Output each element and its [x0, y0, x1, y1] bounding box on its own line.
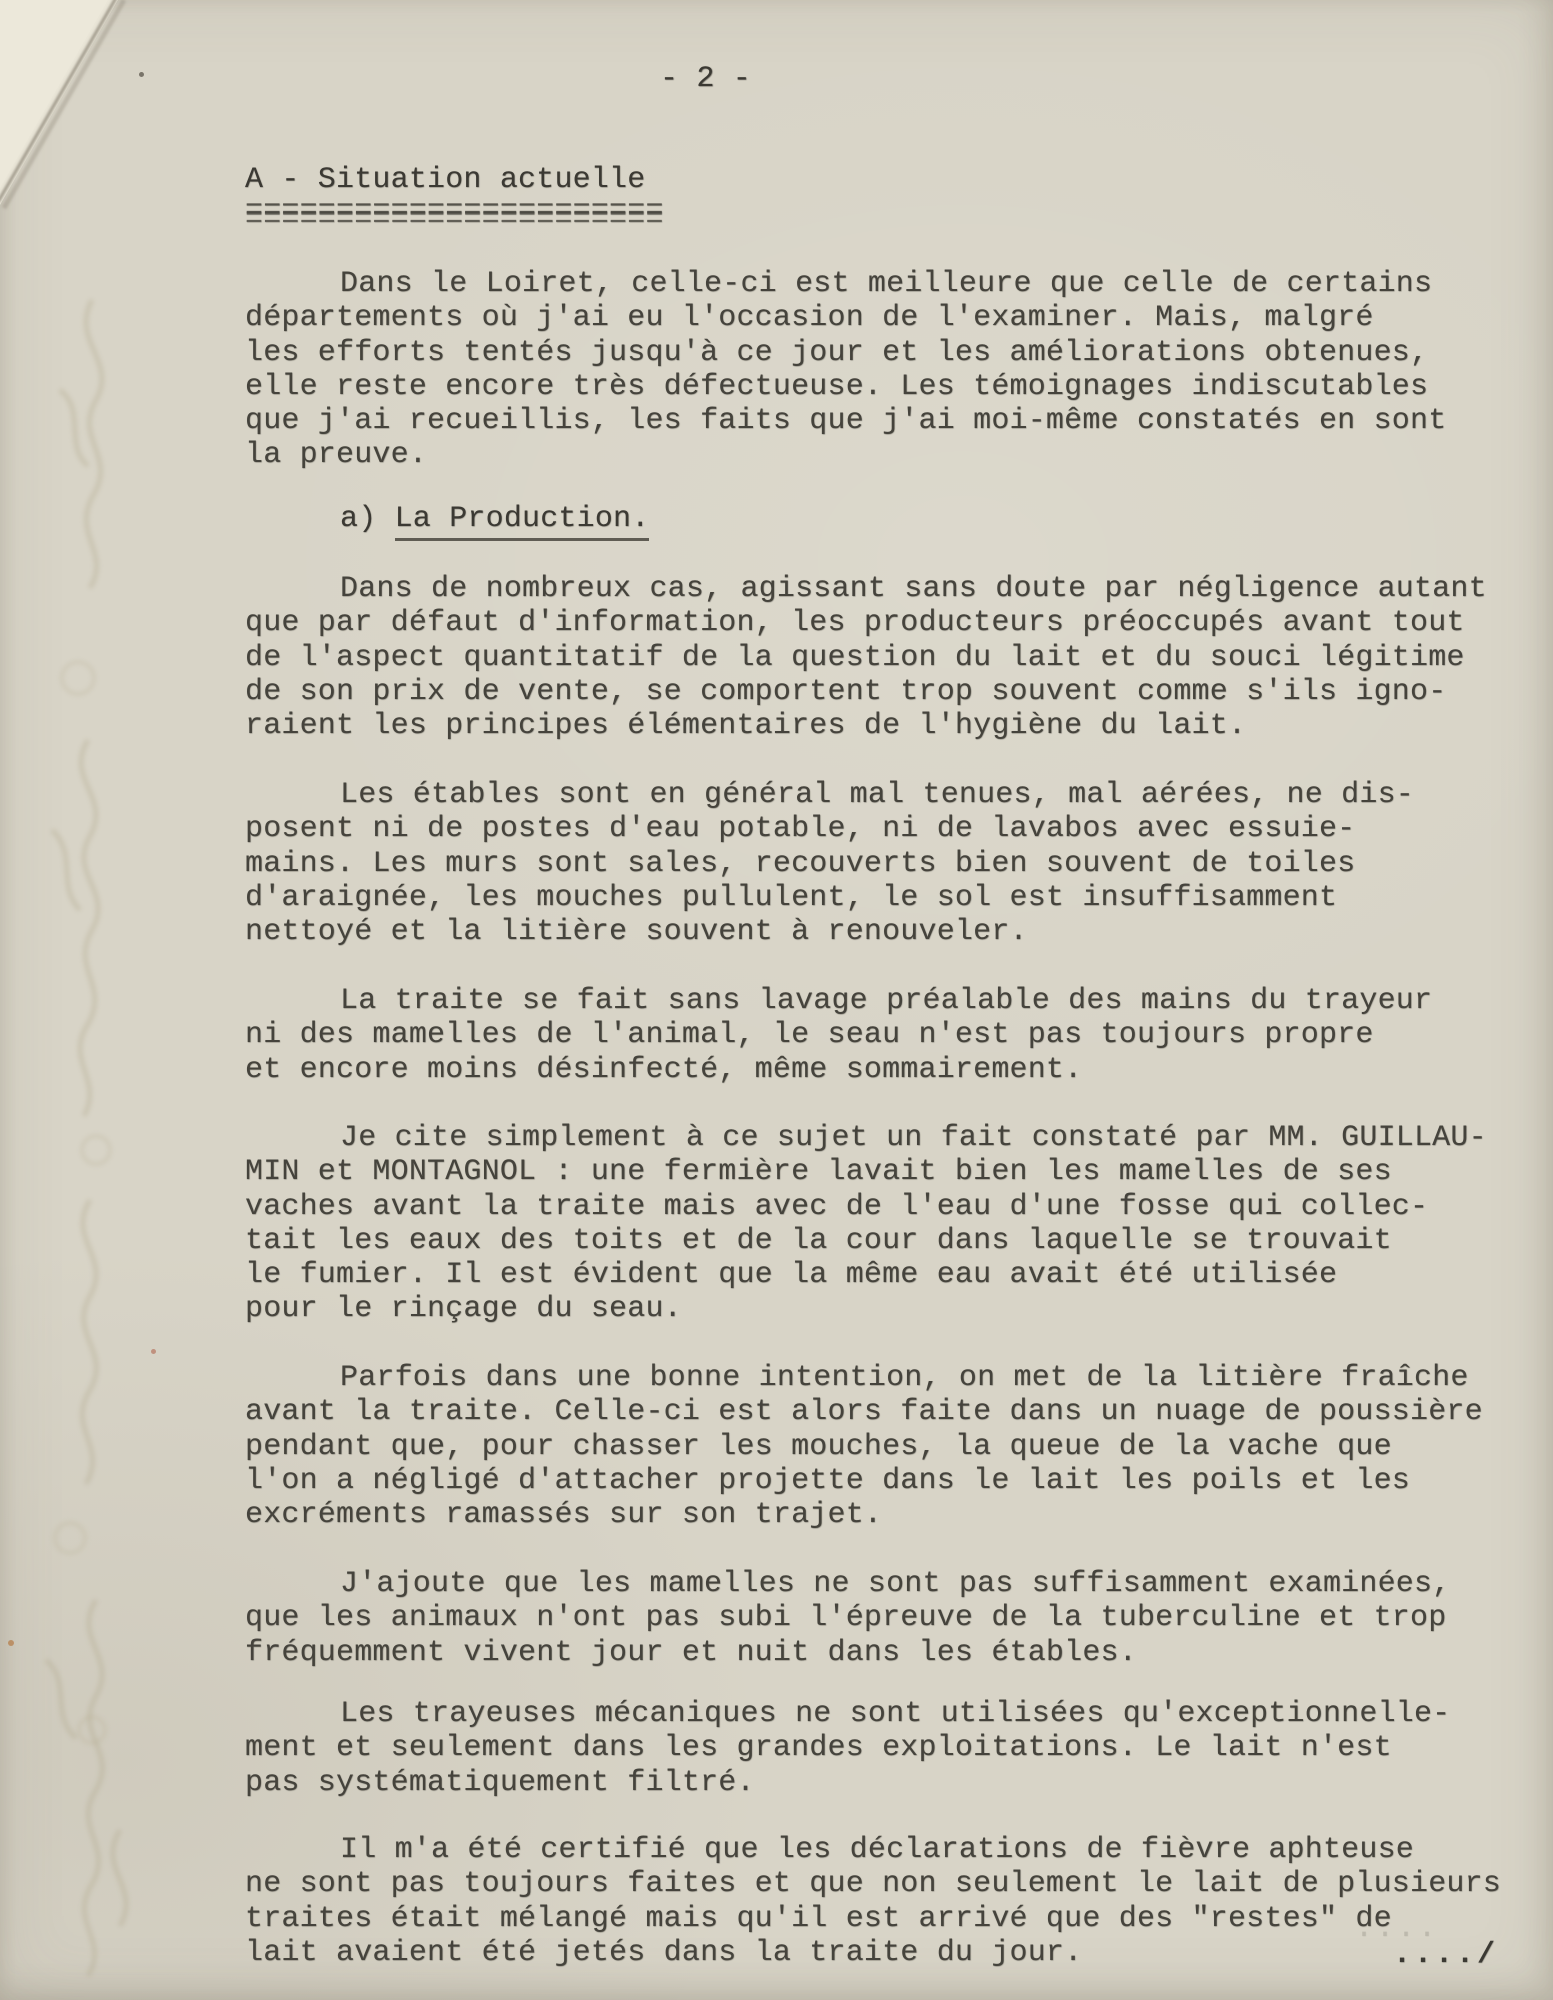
body-paragraph: Dans de nombreux cas, agissant sans dout…	[245, 572, 1487, 743]
ink-speck	[151, 1349, 156, 1354]
heading-underline-row: =======================	[245, 205, 664, 235]
body-paragraph: Les trayeuses mécaniques ne sont utilisé…	[245, 1697, 1450, 1800]
body-paragraph: J'ajoute que les mamelles ne sont pas su…	[245, 1567, 1450, 1670]
body-paragraph: Dans le Loiret, celle-ci est meilleure q…	[245, 267, 1446, 473]
section-heading: a) La Production.	[340, 502, 649, 536]
section-title: La Production.	[395, 502, 650, 541]
body-paragraph: Je cite simplement à ce sujet un fait co…	[245, 1121, 1487, 1327]
body-paragraph: La traite se fait sans lavage préalable …	[245, 984, 1432, 1087]
body-paragraph: Parfois dans une bonne intention, on met…	[245, 1361, 1483, 1532]
body-paragraph: Il m'a été certifié que les déclarations…	[245, 1833, 1501, 1970]
ghost-handwriting-artifact	[0, 270, 170, 1990]
section-label: a)	[340, 502, 395, 536]
document-heading: A - Situation actuelle	[245, 163, 645, 197]
page-corner-fold	[0, 0, 150, 220]
ink-speck	[139, 72, 144, 77]
page-number: - 2 -	[660, 62, 751, 96]
continuation-mark: ..../	[1393, 1938, 1498, 1972]
scanned-typewritten-page: - 2 - A - Situation actuelle ===========…	[0, 0, 1553, 2000]
body-paragraph: Les étables sont en général mal tenues, …	[245, 778, 1414, 949]
ink-speck	[8, 1640, 14, 1646]
